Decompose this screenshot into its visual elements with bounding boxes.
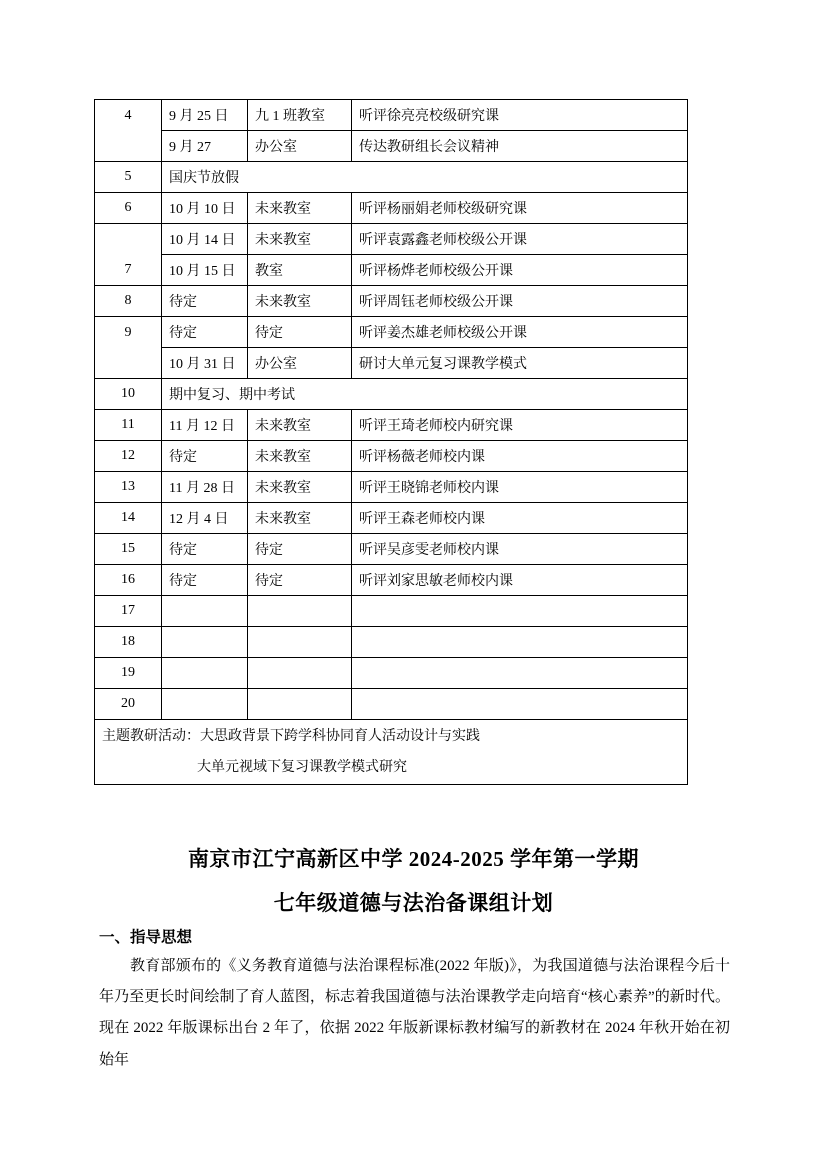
row-number-cell: 13 — [95, 472, 162, 503]
row-number-cell: 9 — [95, 317, 162, 379]
table-row: 1111 月 12 日未来教室听评王琦老师校内研究课 — [95, 410, 688, 441]
table-row: 10 月 15 日教室听评杨烨老师校级公开课 — [95, 255, 688, 286]
row-number-cell: 6 — [95, 193, 162, 224]
activity-cell: 听评杨薇老师校内课 — [352, 441, 688, 472]
activity-cell: 传达教研组长会议精神 — [352, 131, 688, 162]
date-cell: 10 月 14 日 — [162, 224, 248, 255]
date-cell: 10 月 10 日 — [162, 193, 248, 224]
table-row: 9待定待定听评姜杰雄老师校级公开课 — [95, 317, 688, 348]
table-row: 1311 月 28 日未来教室听评王晓锦老师校内课 — [95, 472, 688, 503]
location-cell: 办公室 — [248, 131, 352, 162]
row-number-cell: 11 — [95, 410, 162, 441]
page-title-line2: 七年级道德与法治备课组计划 — [0, 887, 827, 917]
date-cell — [162, 689, 248, 720]
activity-cell — [352, 658, 688, 689]
location-cell: 待定 — [248, 317, 352, 348]
table-row: 20 — [95, 689, 688, 720]
body-paragraph: 教育部颁布的《义务教育道德与法治课程标准(2022 年版)》，为我国道德与法治课… — [99, 951, 730, 1076]
table-row: 10 月 31 日办公室研讨大单元复习课教学模式 — [95, 348, 688, 379]
date-cell: 9 月 27 — [162, 131, 248, 162]
theme-activity-line2: 大单元视域下复习课教学模式研究 — [95, 752, 687, 783]
date-cell: 10 月 31 日 — [162, 348, 248, 379]
table-row: 8待定未来教室听评周钰老师校级公开课 — [95, 286, 688, 317]
row-number-cell: 15 — [95, 534, 162, 565]
row-number-cell: 10 — [95, 379, 162, 410]
row-number-cell: 20 — [95, 689, 162, 720]
location-cell: 待定 — [248, 565, 352, 596]
row-number-cell: 5 — [95, 162, 162, 193]
location-cell: 未来教室 — [248, 193, 352, 224]
table-row: 16待定待定听评刘家思敏老师校内课 — [95, 565, 688, 596]
table-row: 49 月 25 日九 1 班教室听评徐亮亮校级研究课 — [95, 100, 688, 131]
row-number-cell: 19 — [95, 658, 162, 689]
location-cell — [248, 627, 352, 658]
page-title-line1: 南京市江宁高新区中学 2024-2025 学年第一学期 — [0, 843, 827, 873]
date-cell: 待定 — [162, 565, 248, 596]
row-number-cell: 16 — [95, 565, 162, 596]
location-cell — [248, 658, 352, 689]
activity-cell: 听评王森老师校内课 — [352, 503, 688, 534]
table-row: 1412 月 4 日未来教室听评王森老师校内课 — [95, 503, 688, 534]
row-number-cell: 17 — [95, 596, 162, 627]
theme-activity-cell: 主题教研活动：大思政背景下跨学科协同育人活动设计与实践 大单元视域下复习课教学模… — [95, 720, 688, 785]
date-cell: 待定 — [162, 534, 248, 565]
date-cell: 11 月 12 日 — [162, 410, 248, 441]
table-row: 12待定未来教室听评杨薇老师校内课 — [95, 441, 688, 472]
activity-cell: 听评徐亮亮校级研究课 — [352, 100, 688, 131]
row-number-cell: 8 — [95, 286, 162, 317]
location-cell: 未来教室 — [248, 503, 352, 534]
row-number-cell: 4 — [95, 100, 162, 162]
location-cell: 未来教室 — [248, 472, 352, 503]
location-cell: 办公室 — [248, 348, 352, 379]
table-row: 19 — [95, 658, 688, 689]
theme-activity-line1: 主题教研活动：大思政背景下跨学科协同育人活动设计与实践 — [95, 721, 687, 752]
activity-cell: 听评周钰老师校级公开课 — [352, 286, 688, 317]
location-cell — [248, 596, 352, 627]
table-row: 710 月 14 日未来教室听评袁露鑫老师校级公开课 — [95, 224, 688, 255]
activity-cell: 听评袁露鑫老师校级公开课 — [352, 224, 688, 255]
date-cell — [162, 658, 248, 689]
date-cell: 待定 — [162, 441, 248, 472]
activity-cell — [352, 627, 688, 658]
table-footer-row: 主题教研活动：大思政背景下跨学科协同育人活动设计与实践 大单元视域下复习课教学模… — [95, 720, 688, 785]
date-cell: 10 月 15 日 — [162, 255, 248, 286]
activity-cell: 听评吴彦雯老师校内课 — [352, 534, 688, 565]
date-cell: 待定 — [162, 286, 248, 317]
table-row: 15待定待定听评吴彦雯老师校内课 — [95, 534, 688, 565]
schedule-table: 49 月 25 日九 1 班教室听评徐亮亮校级研究课9 月 27办公室传达教研组… — [94, 99, 688, 785]
date-cell: 12 月 4 日 — [162, 503, 248, 534]
merged-activity-cell: 国庆节放假 — [162, 162, 688, 193]
table-row: 5国庆节放假 — [95, 162, 688, 193]
merged-activity-cell: 期中复习、期中考试 — [162, 379, 688, 410]
activity-cell — [352, 596, 688, 627]
activity-cell: 听评王琦老师校内研究课 — [352, 410, 688, 441]
date-cell: 11 月 28 日 — [162, 472, 248, 503]
activity-cell: 听评刘家思敏老师校内课 — [352, 565, 688, 596]
location-cell: 未来教室 — [248, 224, 352, 255]
date-cell — [162, 627, 248, 658]
section-heading: 一、指导思想 — [99, 925, 192, 947]
activity-cell: 听评姜杰雄老师校级公开课 — [352, 317, 688, 348]
date-cell — [162, 596, 248, 627]
row-number-cell: 14 — [95, 503, 162, 534]
activity-cell: 听评杨丽娟老师校级研究课 — [352, 193, 688, 224]
row-number-cell: 18 — [95, 627, 162, 658]
location-cell: 教室 — [248, 255, 352, 286]
activity-cell: 研讨大单元复习课教学模式 — [352, 348, 688, 379]
table-row: 9 月 27办公室传达教研组长会议精神 — [95, 131, 688, 162]
location-cell: 待定 — [248, 534, 352, 565]
date-cell: 9 月 25 日 — [162, 100, 248, 131]
location-cell: 未来教室 — [248, 441, 352, 472]
location-cell: 未来教室 — [248, 286, 352, 317]
row-number-cell: 7 — [95, 224, 162, 286]
activity-cell — [352, 689, 688, 720]
table-row: 18 — [95, 627, 688, 658]
row-number-cell: 12 — [95, 441, 162, 472]
location-cell: 未来教室 — [248, 410, 352, 441]
document-page: 49 月 25 日九 1 班教室听评徐亮亮校级研究课9 月 27办公室传达教研组… — [0, 0, 827, 1170]
activity-cell: 听评王晓锦老师校内课 — [352, 472, 688, 503]
schedule-table-body: 49 月 25 日九 1 班教室听评徐亮亮校级研究课9 月 27办公室传达教研组… — [95, 100, 688, 720]
activity-cell: 听评杨烨老师校级公开课 — [352, 255, 688, 286]
table-row: 610 月 10 日未来教室听评杨丽娟老师校级研究课 — [95, 193, 688, 224]
table-row: 10期中复习、期中考试 — [95, 379, 688, 410]
location-cell — [248, 689, 352, 720]
date-cell: 待定 — [162, 317, 248, 348]
location-cell: 九 1 班教室 — [248, 100, 352, 131]
table-row: 17 — [95, 596, 688, 627]
